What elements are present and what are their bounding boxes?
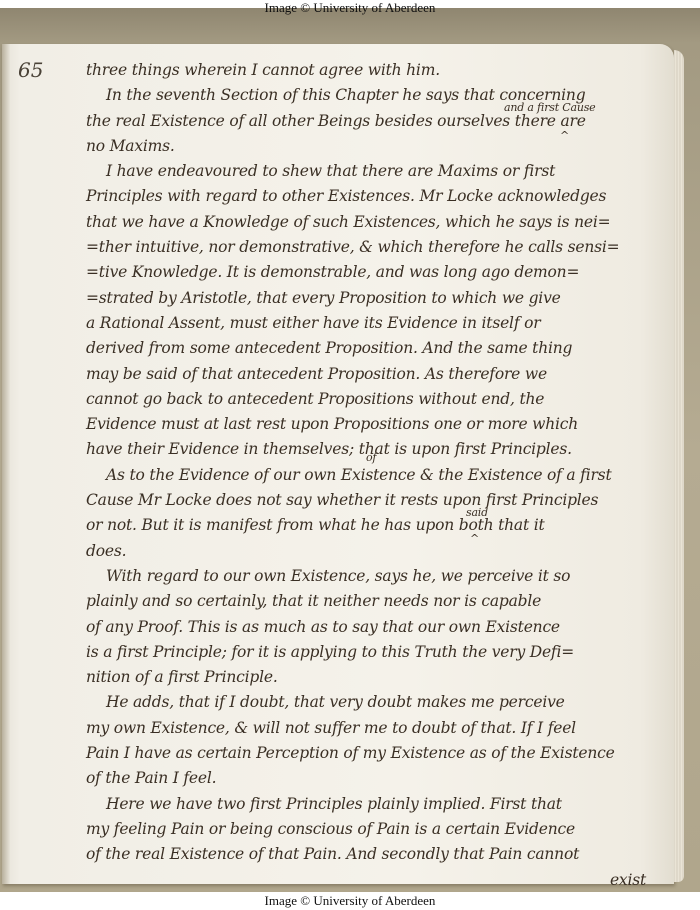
manuscript-line: no Maxims. — [86, 134, 676, 159]
manuscript-line: the real Existence of all other Beings b… — [86, 109, 676, 134]
manuscript-line: =tive Knowledge. It is demonstrable, and… — [86, 260, 676, 285]
manuscript-line: three things wherein I cannot agree with… — [86, 58, 676, 83]
manuscript-line: a Rational Assent, must either have its … — [86, 311, 676, 336]
manuscript-line: that we have a Knowledge of such Existen… — [86, 210, 676, 235]
manuscript-line: may be said of that antecedent Propositi… — [86, 362, 676, 387]
manuscript-line: or not. But it is manifest from what he … — [86, 513, 676, 538]
manuscript-line: derived from some antecedent Proposition… — [86, 336, 676, 361]
manuscript-line: As to the Evidence of our own Existence … — [86, 463, 676, 488]
manuscript-line-text: the real Existence of all other Beings b… — [86, 112, 586, 130]
manuscript-text: three things wherein I cannot agree with… — [86, 58, 676, 893]
image-credit-bottom: Image © University of Aberdeen — [0, 893, 700, 909]
binding-gutter — [2, 44, 10, 884]
manuscript-line: =strated by Aristotle, that every Propos… — [86, 286, 676, 311]
catchword: exist — [86, 868, 676, 893]
manuscript-line: of the Pain I feel. — [86, 766, 676, 791]
interlinear-insertion: said — [466, 507, 488, 519]
interlinear-insertion: and a first Cause — [504, 102, 595, 114]
manuscript-line: I have endeavoured to shew that there ar… — [86, 159, 676, 184]
manuscript-line: does. — [86, 539, 676, 564]
manuscript-line: cannot go back to antecedent Proposition… — [86, 387, 676, 412]
manuscript-line: of any Proof. This is as much as to say … — [86, 615, 676, 640]
manuscript-line: have their Evidence in themselves; that … — [86, 437, 676, 462]
manuscript-line: nition of a first Principle. — [86, 665, 676, 690]
manuscript-line: is a first Principle; for it is applying… — [86, 640, 676, 665]
manuscript-line: Here we have two first Principles plainl… — [86, 792, 676, 817]
manuscript-line: Cause Mr Locke does not say whether it r… — [86, 488, 676, 513]
manuscript-line: Principles with regard to other Existenc… — [86, 184, 676, 209]
manuscript-line: of the real Existence of that Pain. And … — [86, 842, 676, 867]
manuscript-line: plainly and so certainly, that it neithe… — [86, 589, 676, 614]
manuscript-line: my own Existence, & will not suffer me t… — [86, 716, 676, 741]
manuscript-line: my feeling Pain or being conscious of Pa… — [86, 817, 676, 842]
page-number: 65 — [18, 58, 43, 82]
manuscript-line-text: have their Evidence in themselves; that … — [86, 440, 572, 458]
manuscript-line: Evidence must at last rest upon Proposit… — [86, 412, 676, 437]
manuscript-line: =ther intuitive, nor demonstrative, & wh… — [86, 235, 676, 260]
manuscript-line: With regard to our own Existence, says h… — [86, 564, 676, 589]
manuscript-line: He adds, that if I doubt, that very doub… — [86, 690, 676, 715]
image-credit-top: Image © University of Aberdeen — [0, 0, 700, 16]
manuscript-line: Pain I have as certain Perception of my … — [86, 741, 676, 766]
